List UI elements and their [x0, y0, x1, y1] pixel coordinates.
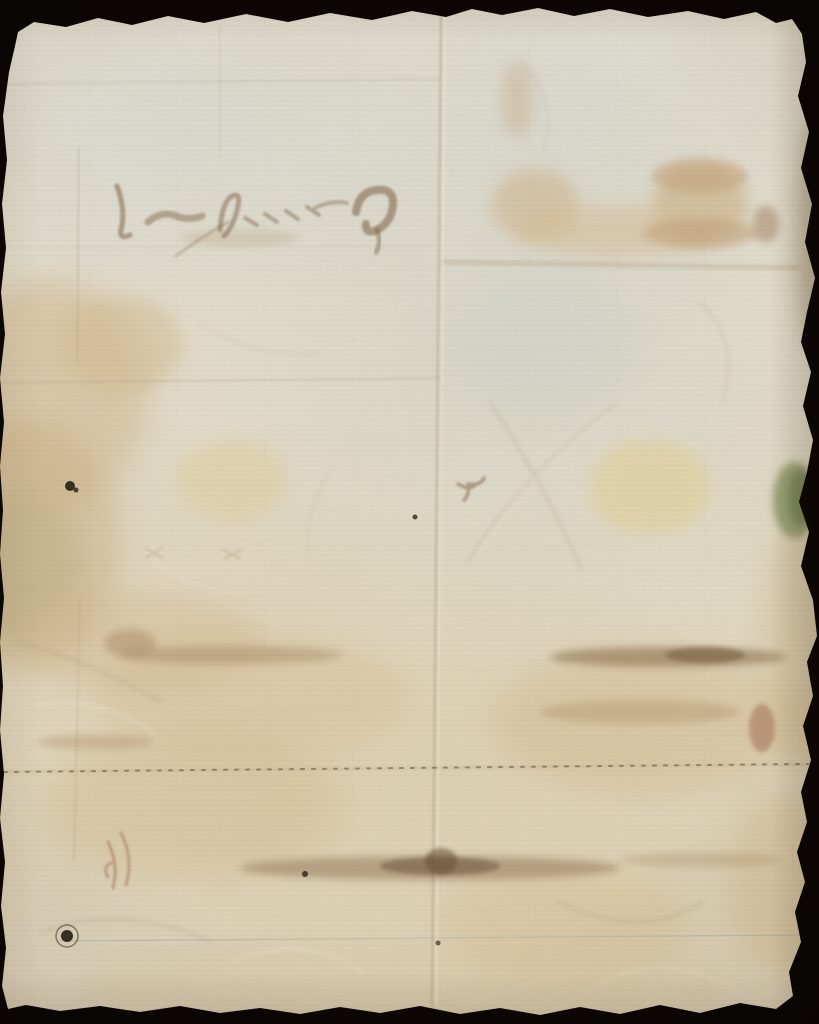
scan-backdrop: Scanned aged letter sheet, blank verso w… [0, 0, 819, 1024]
paper-sheet [0, 0, 819, 1024]
paper-grain-texture [0, 0, 819, 1024]
paper-artifacts [0, 0, 819, 1024]
